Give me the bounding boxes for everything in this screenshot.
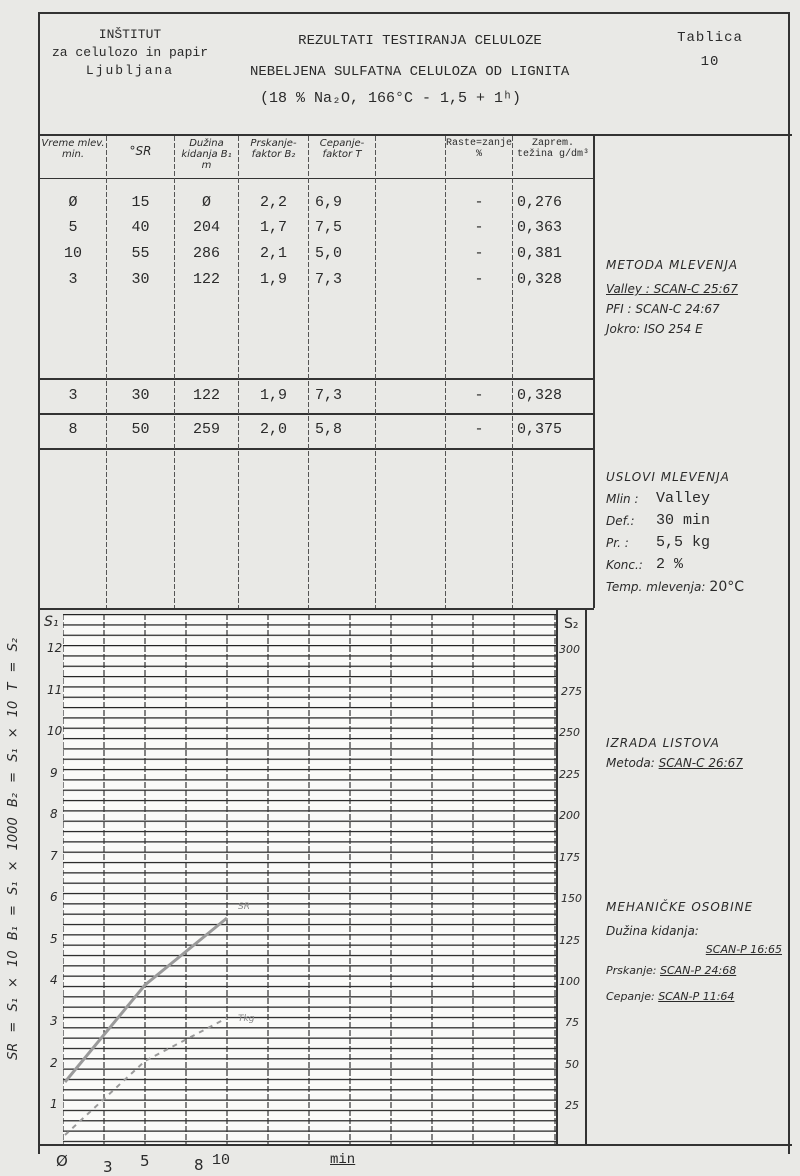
breaking-length-standard: SCAN-P 16:65 bbox=[606, 942, 782, 958]
table-cell: 6,9 bbox=[309, 194, 375, 211]
document-page: INŠTITUT za celulozo in papir Ljubljana … bbox=[0, 0, 800, 1176]
sheet-making-method: Metoda: SCAN-C 26:67 bbox=[606, 752, 743, 774]
table-cell: - bbox=[446, 219, 512, 236]
x-tick: Ø bbox=[56, 1152, 68, 1170]
table-cell: 10 bbox=[40, 245, 106, 262]
s1-tick: 10 bbox=[47, 724, 62, 738]
tear-standard: Cepanje: SCAN-P 11:64 bbox=[606, 986, 782, 1008]
col-divider bbox=[375, 136, 376, 608]
condition-label: Konc.: bbox=[606, 554, 646, 576]
table-cell: 204 bbox=[175, 219, 238, 236]
s1-tick: 2 bbox=[50, 1056, 58, 1070]
s2-tick: 100 bbox=[559, 975, 580, 988]
table-id: Tablica 10 bbox=[655, 26, 765, 74]
table-cell: 1,9 bbox=[239, 387, 308, 404]
table-cell: 55 bbox=[107, 245, 174, 262]
x-tick: 10 bbox=[212, 1152, 230, 1169]
x-axis-unit: min bbox=[330, 1152, 355, 1168]
breaking-length-label: Dužina kidanja: bbox=[606, 920, 782, 942]
col-header-sr: °SR bbox=[107, 138, 174, 180]
table-cell: 7,3 bbox=[309, 387, 375, 404]
s1-axis-label: S₁ bbox=[44, 614, 59, 630]
summary-divider-bottom bbox=[38, 448, 594, 450]
table-cell: 0,328 bbox=[513, 387, 593, 404]
table-cell: 50 bbox=[107, 421, 174, 438]
s1-tick: 6 bbox=[50, 890, 58, 904]
chart-bottom-divider bbox=[38, 1144, 792, 1146]
s2-tick: 300 bbox=[559, 643, 580, 656]
chart-right-border bbox=[585, 610, 587, 1144]
milling-conditions-notes: USLOVI MLEVENJA Mlin : Valley Def.: 30 m… bbox=[606, 470, 786, 598]
x-tick: 3 bbox=[103, 1158, 113, 1176]
table-cell: Ø bbox=[40, 194, 106, 211]
document-title: REZULTATI TESTIRANJA CELULOZE bbox=[230, 33, 610, 49]
s2-tick: 150 bbox=[561, 892, 582, 905]
milling-conditions-heading: USLOVI MLEVENJA bbox=[606, 470, 786, 484]
s1-tick: 3 bbox=[50, 1014, 58, 1028]
chart-top-divider bbox=[38, 608, 594, 610]
condition-row: Temp. mlevenja: 20°C bbox=[606, 576, 786, 598]
table-cell: 5,0 bbox=[309, 245, 375, 262]
s2-tick: 75 bbox=[565, 1016, 579, 1029]
col-header-empty bbox=[376, 138, 445, 180]
table-cell: 0,363 bbox=[513, 219, 593, 236]
header-divider bbox=[38, 134, 792, 136]
table-cell: 2,0 bbox=[239, 421, 308, 438]
condition-label: Pr. : bbox=[606, 532, 646, 554]
summary-divider-top bbox=[38, 378, 594, 380]
table-cell: - bbox=[446, 271, 512, 288]
axis-conversion-formula: SR = S₁ × 10 B₁ = S₁ × 1000 B₂ = S₁ × 10… bbox=[6, 670, 32, 1060]
tear-value: SCAN-P 11:64 bbox=[658, 990, 734, 1003]
col-header-breaking-length: Dužina kidanja B₁ m bbox=[175, 138, 238, 180]
s1-tick: 7 bbox=[50, 849, 58, 863]
s2-tick: 250 bbox=[559, 726, 580, 739]
sheet-making-heading: IZRADA LISTOVA bbox=[606, 736, 743, 750]
table-cell: 1,7 bbox=[239, 219, 308, 236]
x-tick: 5 bbox=[140, 1152, 150, 1170]
table-cell: 2,1 bbox=[239, 245, 308, 262]
table-cell: 30 bbox=[107, 387, 174, 404]
s1-tick: 8 bbox=[50, 807, 58, 821]
table-cell: - bbox=[446, 194, 512, 211]
sheet-making-value: SCAN-C 26:67 bbox=[659, 756, 743, 770]
sr-line-label: SR bbox=[238, 902, 250, 912]
table-cell: 286 bbox=[175, 245, 238, 262]
table-cell: 7,3 bbox=[309, 271, 375, 288]
table-cell: Ø bbox=[175, 194, 238, 211]
s1-tick: 4 bbox=[50, 973, 58, 987]
col-header-density: Zaprem. težina g/dm³ bbox=[513, 138, 593, 180]
sheet-making-label: Metoda: bbox=[606, 756, 655, 770]
col-header-stretch: Raste=zanje % bbox=[446, 138, 512, 180]
cooking-conditions: (18 % Na₂O, 166°C - 1,5 + 1ʰ) bbox=[260, 90, 521, 107]
table-cell: 122 bbox=[175, 387, 238, 404]
col-header-tear-factor: Cepanje-faktor T bbox=[309, 138, 375, 180]
s1-tick: 12 bbox=[47, 641, 62, 655]
chart-right-axis-line bbox=[556, 610, 558, 1144]
table-number: 10 bbox=[655, 50, 765, 74]
mechanical-properties-notes: MEHANIČKE OSOBINE Dužina kidanja: SCAN-P… bbox=[606, 900, 782, 1008]
milling-method-heading: METODA MLEVENJA bbox=[606, 258, 738, 272]
table-cell: 3 bbox=[40, 387, 106, 404]
s2-axis-label: S₂ bbox=[564, 616, 579, 632]
table-cell: 0,328 bbox=[513, 271, 593, 288]
milling-method-line: PFI : SCAN-C 24:67 bbox=[606, 300, 738, 318]
table-cell: 2,2 bbox=[239, 194, 308, 211]
milling-method-line: Valley : SCAN-C 25:67 bbox=[606, 278, 738, 300]
s1-tick: 9 bbox=[50, 766, 58, 780]
table-cell: - bbox=[446, 387, 512, 404]
milling-method-notes: METODA MLEVENJA Valley : SCAN-C 25:67 PF… bbox=[606, 258, 738, 340]
col-header-burst-factor: Prskanje-faktor B₂ bbox=[239, 138, 308, 180]
condition-row: Def.: 30 min bbox=[606, 510, 786, 532]
table-label: Tablica bbox=[655, 26, 765, 50]
table-cell: - bbox=[446, 245, 512, 262]
table-cell: 5 bbox=[40, 219, 106, 236]
burst-value: SCAN-P 24:68 bbox=[660, 964, 736, 977]
condition-label: Mlin : bbox=[606, 488, 646, 510]
table-cell: 3 bbox=[40, 271, 106, 288]
table-cell: 1,9 bbox=[239, 271, 308, 288]
col-header-time: Vreme mlev. min. bbox=[40, 138, 106, 180]
table-cell: 259 bbox=[175, 421, 238, 438]
condition-value: 20°C bbox=[705, 576, 744, 598]
condition-row: Konc.: 2 % bbox=[606, 554, 786, 576]
table-cell: 0,381 bbox=[513, 245, 593, 262]
condition-row: Pr. : 5,5 kg bbox=[606, 532, 786, 554]
institute-block: INŠTITUT za celulozo in papir Ljubljana bbox=[40, 26, 220, 80]
s2-tick: 275 bbox=[561, 685, 582, 698]
x-tick: 8 bbox=[194, 1156, 204, 1174]
condition-row: Mlin : Valley bbox=[606, 488, 786, 510]
table-cell: 30 bbox=[107, 271, 174, 288]
s2-tick: 200 bbox=[559, 809, 580, 822]
condition-label: Temp. mlevenja: bbox=[606, 576, 705, 598]
s2-tick: 25 bbox=[565, 1099, 579, 1112]
burst-label: Prskanje: bbox=[606, 964, 657, 977]
s2-tick: 225 bbox=[559, 768, 580, 781]
table-cell: 40 bbox=[107, 219, 174, 236]
sheet-making-notes: IZRADA LISTOVA Metoda: SCAN-C 26:67 bbox=[606, 736, 743, 774]
summary-divider-mid bbox=[38, 413, 594, 415]
table-cell: 122 bbox=[175, 271, 238, 288]
condition-value: 5,5 kg bbox=[646, 532, 710, 554]
institute-line-2: za celulozo in papir bbox=[40, 44, 220, 62]
condition-value: 30 min bbox=[646, 510, 710, 532]
burst-standard: Prskanje: SCAN-P 24:68 bbox=[606, 960, 782, 982]
condition-value: 2 % bbox=[646, 554, 683, 576]
table-cell: 8 bbox=[40, 421, 106, 438]
table-cell: 15 bbox=[107, 194, 174, 211]
notes-divider bbox=[593, 136, 595, 608]
s2-tick: 125 bbox=[559, 934, 580, 947]
chart-left-border bbox=[38, 610, 40, 1144]
s1-tick: 11 bbox=[47, 683, 62, 697]
table-cell: 0,375 bbox=[513, 421, 593, 438]
table-cell: 0,276 bbox=[513, 194, 593, 211]
s2-tick: 50 bbox=[565, 1058, 579, 1071]
tear-label: Cepanje: bbox=[606, 990, 655, 1003]
chart-grid bbox=[63, 614, 556, 1144]
condition-value: Valley bbox=[646, 488, 710, 510]
s1-tick: 1 bbox=[50, 1097, 58, 1111]
institute-line-3: Ljubljana bbox=[40, 62, 220, 80]
s2-tick: 175 bbox=[559, 851, 580, 864]
t-line-label: Tkg bbox=[238, 1014, 254, 1024]
s1-tick: 5 bbox=[50, 932, 58, 946]
table-cell: 5,8 bbox=[309, 421, 375, 438]
mechanical-properties-heading: MEHANIČKE OSOBINE bbox=[606, 900, 782, 914]
condition-label: Def.: bbox=[606, 510, 646, 532]
table-cell: 7,5 bbox=[309, 219, 375, 236]
milling-method-line: Jokro: ISO 254 E bbox=[606, 318, 738, 340]
document-subtitle: NEBELJENA SULFATNA CELULOZA OD LIGNITA bbox=[230, 64, 680, 80]
institute-line-1: INŠTITUT bbox=[40, 26, 220, 44]
table-cell: - bbox=[446, 421, 512, 438]
